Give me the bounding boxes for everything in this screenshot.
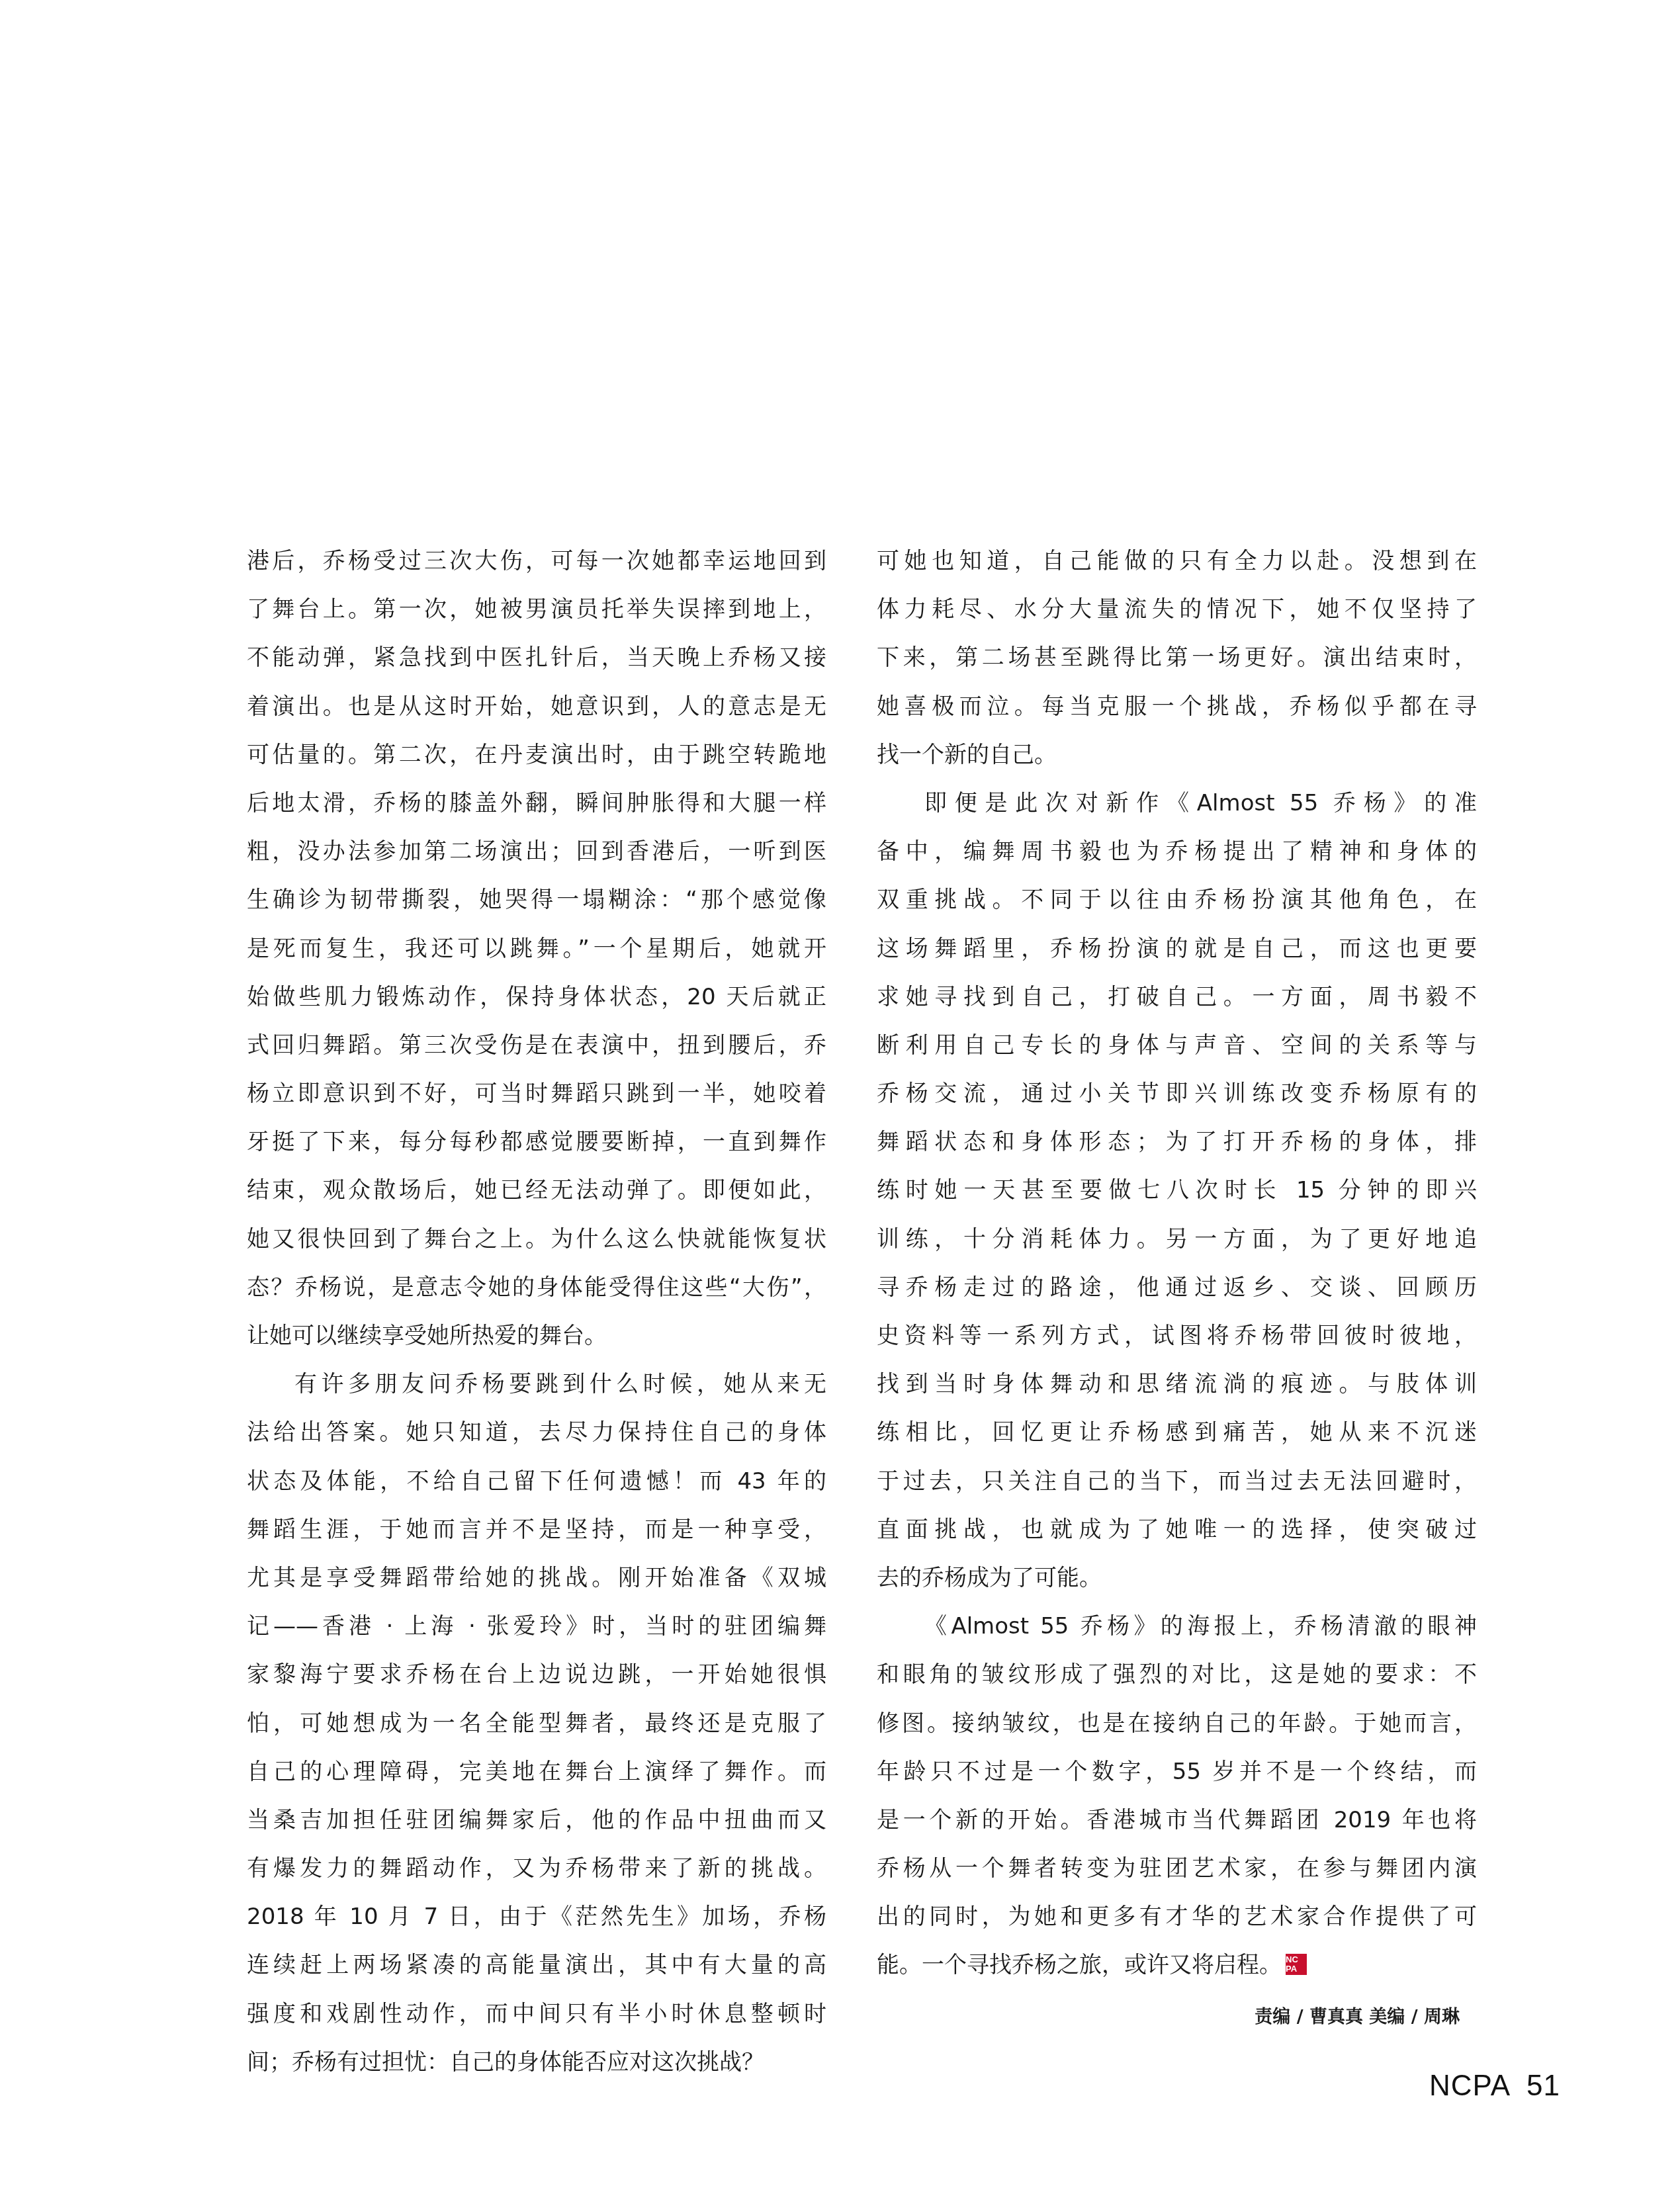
text-line: 是死而复生，我还可以跳舞。”一个星期后，她就开 — [247, 925, 826, 973]
line-text: 家黎海宁要求乔杨在台上边说边跳，一开始她很惧 — [247, 1661, 826, 1688]
text-line: 乔杨交流，通过小关节即兴训练改变乔杨原有的 — [877, 1070, 1477, 1118]
line-text: 找一个新的自己。 — [877, 742, 1057, 768]
text-line: 寻乔杨走过的路途，他通过返乡、交谈、回顾历 — [877, 1264, 1477, 1312]
text-line: 去的乔杨成为了可能。 — [877, 1554, 1477, 1602]
line-text: 始做些肌力锻炼动作，保持身体状态，20 天后就正 — [247, 984, 826, 1010]
text-line: 生确诊为韧带撕裂，她哭得一塌糊涂：“那个感觉像 — [247, 876, 826, 924]
line-text: 让她可以继续享受她所热爱的舞台。 — [247, 1323, 607, 1349]
line-text: 去的乔杨成为了可能。 — [877, 1565, 1102, 1591]
page-footer: NCPA51 — [1429, 2070, 1560, 2103]
line-text: 和眼角的皱纹形成了强烈的对比，这是她的要求：不 — [877, 1661, 1477, 1688]
text-line: 有爆发力的舞蹈动作，又为乔杨带来了新的挑战。 — [247, 1845, 826, 1893]
line-text: 体力耗尽、水分大量流失的情况下，她不仅坚持了 — [877, 596, 1477, 623]
text-line: 于过去，只关注自己的当下，而当过去无法回避时， — [877, 1458, 1477, 1506]
text-line: 后地太滑，乔杨的膝盖外翻，瞬间肿胀得和大腿一样 — [247, 779, 826, 828]
text-line: 粗，没办法参加第二场演出；回到香港后，一听到医 — [247, 828, 826, 876]
line-text: 能。一个寻找乔杨之旅，或许又将启程。 — [877, 1952, 1282, 1978]
line-text: 舞蹈状态和身体形态；为了打开乔杨的身体，排 — [877, 1129, 1477, 1155]
text-line: 怕，可她想成为一名全能型舞者，最终还是克服了 — [247, 1700, 826, 1748]
text-line: 尤其是享受舞蹈带给她的挑战。刚开始准备《双城 — [247, 1554, 826, 1602]
line-text: 可她也知道，自己能做的只有全力以赴。没想到在 — [877, 548, 1477, 574]
article-column-left: 港后，乔杨受过三次大伤，可每一次她都幸运地回到了舞台上。第一次，她被男演员托举失… — [247, 537, 826, 2087]
text-line: 牙挺了下来，每分每秒都感觉腰要断掉，一直到舞作 — [247, 1118, 826, 1166]
text-line: 始做些肌力锻炼动作，保持身体状态，20 天后就正 — [247, 973, 826, 1022]
text-line: 她又很快回到了舞台之上。为什么这么快就能恢复状 — [247, 1215, 826, 1264]
line-text: 有许多朋友问乔杨要跳到什么时候，她从来无 — [294, 1371, 826, 1397]
text-line: 修图。接纳皱纹，也是在接纳自己的年龄。于她而言， — [877, 1700, 1477, 1748]
text-line: 当桑吉加担任驻团编舞家后，他的作品中扭曲而又 — [247, 1796, 826, 1845]
line-text: 杨立即意识到不好，可当时舞蹈只跳到一半，她咬着 — [247, 1080, 826, 1107]
line-text: 尤其是享受舞蹈带给她的挑战。刚开始准备《双城 — [247, 1565, 826, 1591]
editor-credits: 责编 / 曹真真 美编 / 周琳 — [1235, 2002, 1460, 2028]
text-line: 这场舞蹈里，乔杨扮演的就是自己，而这也更要 — [877, 925, 1477, 973]
text-line: 强度和戏剧性动作，而中间只有半小时休息整顿时 — [247, 1990, 826, 2038]
line-text: 断利用自己专长的身体与声音、空间的关系等与 — [877, 1032, 1477, 1059]
text-line: 年龄只不过是一个数字，55 岁并不是一个终结，而 — [877, 1748, 1477, 1796]
line-text: 生确诊为韧带撕裂，她哭得一塌糊涂：“那个感觉像 — [247, 887, 826, 913]
line-text: 舞蹈生涯，于她而言并不是坚持，而是一种享受， — [247, 1516, 826, 1543]
line-text: 可估量的。第二次，在丹麦演出时，由于跳空转跪地 — [247, 742, 826, 768]
line-text: 练时她一天甚至要做七八次时长 15 分钟的即兴 — [877, 1177, 1477, 1203]
line-text: 修图。接纳皱纹，也是在接纳自己的年龄。于她而言， — [877, 1710, 1477, 1737]
line-text: 年龄只不过是一个数字，55 岁并不是一个终结，而 — [877, 1759, 1477, 1785]
text-line: 式回归舞蹈。第三次受伤是在表演中，扭到腰后，乔 — [247, 1022, 826, 1070]
text-line: 记——香港 · 上海 · 张爱玲》时，当时的驻团编舞 — [247, 1602, 826, 1651]
text-line: 下来，第二场甚至跳得比第一场更好。演出结束时， — [877, 634, 1477, 682]
line-text: 有爆发力的舞蹈动作，又为乔杨带来了新的挑战。 — [247, 1855, 826, 1882]
text-line: 出的同时，为她和更多有才华的艺术家合作提供了可 — [877, 1893, 1477, 1941]
text-line: 让她可以继续享受她所热爱的舞台。 — [247, 1312, 826, 1360]
line-text: 史资料等一系列方式，试图将乔杨带回彼时彼地， — [877, 1323, 1477, 1349]
line-text: 结束，观众散场后，她已经无法动弹了。即便如此， — [247, 1177, 826, 1203]
paragraph-first-line: 即便是此次对新作《Almost 55 乔杨》的准 — [877, 779, 1477, 828]
text-line: 能。一个寻找乔杨之旅，或许又将启程。NCPA — [877, 1941, 1477, 1990]
line-text: 2018 年 10 月 7 日，由于《茫然先生》加场，乔杨 — [247, 1904, 826, 1930]
text-line: 找一个新的自己。 — [877, 731, 1477, 779]
line-text: 连续赶上两场紧凑的高能量演出，其中有大量的高 — [247, 1952, 826, 1978]
text-line: 断利用自己专长的身体与声音、空间的关系等与 — [877, 1022, 1477, 1070]
text-line: 练相比，回忆更让乔杨感到痛苦，她从来不沉迷 — [877, 1409, 1477, 1457]
text-line: 港后，乔杨受过三次大伤，可每一次她都幸运地回到 — [247, 537, 826, 586]
line-text: 训练，十分消耗体力。另一方面，为了更好地追 — [877, 1226, 1477, 1252]
text-line: 可估量的。第二次，在丹麦演出时，由于跳空转跪地 — [247, 731, 826, 779]
paragraph-first-line: 有许多朋友问乔杨要跳到什么时候，她从来无 — [247, 1360, 826, 1409]
line-text: 乔杨交流，通过小关节即兴训练改变乔杨原有的 — [877, 1080, 1477, 1107]
line-text: 即便是此次对新作《Almost 55 乔杨》的准 — [924, 790, 1477, 816]
text-line: 求她寻找到自己，打破自己。一方面，周书毅不 — [877, 973, 1477, 1022]
line-text: 出的同时，为她和更多有才华的艺术家合作提供了可 — [877, 1904, 1477, 1930]
text-line: 训练，十分消耗体力。另一方面，为了更好地追 — [877, 1215, 1477, 1264]
page-number: 51 — [1526, 2070, 1560, 2102]
article-column-right: 可她也知道，自己能做的只有全力以赴。没想到在体力耗尽、水分大量流失的情况下，她不… — [877, 537, 1477, 1990]
line-text: 不能动弹，紧急找到中医扎针后，当天晚上乔杨又接 — [247, 644, 826, 671]
line-text: 港后，乔杨受过三次大伤，可每一次她都幸运地回到 — [247, 548, 826, 574]
line-text: 直面挑战，也就成为了她唯一的选择，使突破过 — [877, 1516, 1477, 1543]
text-line: 乔杨从一个舞者转变为驻团艺术家，在参与舞团内演 — [877, 1845, 1477, 1893]
line-text: 状态及体能，不给自己留下任何遗憾！而 43 年的 — [247, 1468, 826, 1495]
text-line: 备中，编舞周书毅也为乔杨提出了精神和身体的 — [877, 828, 1477, 876]
text-line: 双重挑战。不同于以往由乔杨扮演其他角色，在 — [877, 876, 1477, 924]
line-text: 是一个新的开始。香港城市当代舞蹈团 2019 年也将 — [877, 1807, 1477, 1833]
line-text: 双重挑战。不同于以往由乔杨扮演其他角色，在 — [877, 887, 1477, 913]
text-line: 自己的心理障碍，完美地在舞台上演绎了舞作。而 — [247, 1748, 826, 1796]
text-line: 不能动弹，紧急找到中医扎针后，当天晚上乔杨又接 — [247, 634, 826, 682]
line-text: 寻乔杨走过的路途，他通过返乡、交谈、回顾历 — [877, 1274, 1477, 1301]
text-line: 状态及体能，不给自己留下任何遗憾！而 43 年的 — [247, 1458, 826, 1506]
line-text: 后地太滑，乔杨的膝盖外翻，瞬间肿胀得和大腿一样 — [247, 790, 826, 816]
text-line: 是一个新的开始。香港城市当代舞蹈团 2019 年也将 — [877, 1796, 1477, 1845]
line-text: 强度和戏剧性动作，而中间只有半小时休息整顿时 — [247, 2001, 826, 2027]
line-text: 牙挺了下来，每分每秒都感觉腰要断掉，一直到舞作 — [247, 1129, 826, 1155]
text-line: 着演出。也是从这时开始，她意识到，人的意志是无 — [247, 683, 826, 731]
text-line: 可她也知道，自己能做的只有全力以赴。没想到在 — [877, 537, 1477, 586]
line-text: 粗，没办法参加第二场演出；回到香港后，一听到医 — [247, 838, 826, 865]
line-text: 是死而复生，我还可以跳舞。”一个星期后，她就开 — [247, 936, 826, 962]
logo-line-1: NC — [1286, 1955, 1307, 1964]
logo-line-2: PA — [1286, 1964, 1307, 1974]
text-line: 连续赶上两场紧凑的高能量演出，其中有大量的高 — [247, 1941, 826, 1990]
text-line: 她喜极而泣。每当克服一个挑战，乔杨似乎都在寻 — [877, 683, 1477, 731]
line-text: 了舞台上。第一次，她被男演员托举失误摔到地上， — [247, 596, 826, 623]
line-text: 乔杨从一个舞者转变为驻团艺术家，在参与舞团内演 — [877, 1855, 1477, 1882]
line-text: 备中，编舞周书毅也为乔杨提出了精神和身体的 — [877, 838, 1477, 865]
text-line: 找到当时身体舞动和思绪流淌的痕迹。与肢体训 — [877, 1360, 1477, 1409]
text-line: 史资料等一系列方式，试图将乔杨带回彼时彼地， — [877, 1312, 1477, 1360]
text-line: 态？乔杨说，是意志令她的身体能受得住这些“大伤”， — [247, 1264, 826, 1312]
paragraph-first-line: 《Almost 55 乔杨》的海报上，乔杨清澈的眼神 — [877, 1602, 1477, 1651]
line-text: 间；乔杨有过担忧：自己的身体能否应对这次挑战？ — [247, 2049, 764, 2076]
publication-name: NCPA — [1429, 2070, 1511, 2102]
text-line: 了舞台上。第一次，她被男演员托举失误摔到地上， — [247, 586, 826, 634]
text-line: 法给出答案。她只知道，去尽力保持住自己的身体 — [247, 1409, 826, 1457]
text-line: 家黎海宁要求乔杨在台上边说边跳，一开始她很惧 — [247, 1651, 826, 1699]
line-text: 于过去，只关注自己的当下，而当过去无法回避时， — [877, 1468, 1477, 1495]
line-text: 她喜极而泣。每当克服一个挑战，乔杨似乎都在寻 — [877, 693, 1477, 720]
line-text: 找到当时身体舞动和思绪流淌的痕迹。与肢体训 — [877, 1371, 1477, 1397]
text-line: 结束，观众散场后，她已经无法动弹了。即便如此， — [247, 1166, 826, 1215]
line-text: 下来，第二场甚至跳得比第一场更好。演出结束时， — [877, 644, 1477, 671]
magazine-page: 港后，乔杨受过三次大伤，可每一次她都幸运地回到了舞台上。第一次，她被男演员托举失… — [0, 0, 1680, 2188]
text-line: 体力耗尽、水分大量流失的情况下，她不仅坚持了 — [877, 586, 1477, 634]
text-line: 练时她一天甚至要做七八次时长 15 分钟的即兴 — [877, 1166, 1477, 1215]
line-text: 法给出答案。她只知道，去尽力保持住自己的身体 — [247, 1419, 826, 1446]
line-text: 这场舞蹈里，乔杨扮演的就是自己，而这也更要 — [877, 936, 1477, 962]
line-text: 记——香港 · 上海 · 张爱玲》时，当时的驻团编舞 — [247, 1613, 826, 1640]
text-line: 2018 年 10 月 7 日，由于《茫然先生》加场，乔杨 — [247, 1893, 826, 1941]
line-text: 当桑吉加担任驻团编舞家后，他的作品中扭曲而又 — [247, 1807, 826, 1833]
text-line: 和眼角的皱纹形成了强烈的对比，这是她的要求：不 — [877, 1651, 1477, 1699]
text-line: 直面挑战，也就成为了她唯一的选择，使突破过 — [877, 1506, 1477, 1554]
text-line: 舞蹈状态和身体形态；为了打开乔杨的身体，排 — [877, 1118, 1477, 1166]
line-text: 练相比，回忆更让乔杨感到痛苦，她从来不沉迷 — [877, 1419, 1477, 1446]
text-line: 杨立即意识到不好，可当时舞蹈只跳到一半，她咬着 — [247, 1070, 826, 1118]
line-text: 自己的心理障碍，完美地在舞台上演绎了舞作。而 — [247, 1759, 826, 1785]
line-text: 她又很快回到了舞台之上。为什么这么快就能恢复状 — [247, 1226, 826, 1252]
line-text: 怕，可她想成为一名全能型舞者，最终还是克服了 — [247, 1710, 826, 1737]
text-line: 间；乔杨有过担忧：自己的身体能否应对这次挑战？ — [247, 2038, 826, 2087]
line-text: 求她寻找到自己，打破自己。一方面，周书毅不 — [877, 984, 1477, 1010]
ncpa-logo-icon: NCPA — [1286, 1954, 1307, 1975]
line-text: 《Almost 55 乔杨》的海报上，乔杨清澈的眼神 — [924, 1613, 1477, 1640]
text-line: 舞蹈生涯，于她而言并不是坚持，而是一种享受， — [247, 1506, 826, 1554]
line-text: 着演出。也是从这时开始，她意识到，人的意志是无 — [247, 693, 826, 720]
line-text: 态？乔杨说，是意志令她的身体能受得住这些“大伤”， — [247, 1274, 826, 1301]
line-text: 式回归舞蹈。第三次受伤是在表演中，扭到腰后，乔 — [247, 1032, 826, 1059]
